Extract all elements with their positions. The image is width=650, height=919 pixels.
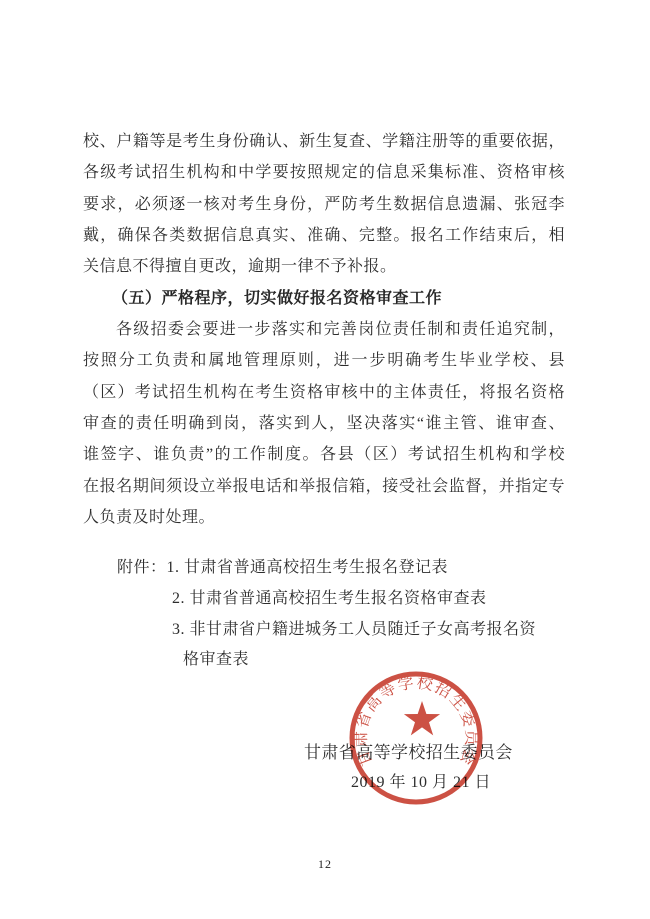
body-line: 要求，必须逐一核对考生身份，严防考生数据信息遗漏、张冠李	[83, 189, 565, 220]
section-heading: （五）严格程序，切实做好报名资格审查工作	[83, 283, 565, 314]
page-number: 12	[0, 857, 650, 872]
body-line: 按照分工负责和属地管理原则，进一步明确考生毕业学校、县	[83, 345, 565, 376]
attachment-list: 附件：1. 甘肃省普通高校招生考生报名登记表 2. 甘肃省普通高校招生考生报名资…	[83, 553, 565, 676]
body-line: （区）考试招生机构在考生资格审核中的主体责任，将报名资格	[83, 377, 565, 408]
document-page: 校、户籍等是考生身份确认、新生复查、学籍注册等的重要依据， 各级考试招生机构和中…	[0, 0, 650, 919]
attachment-line: 2. 甘肃省普通高校招生考生报名资格审查表	[83, 584, 565, 615]
body-line: 校、户籍等是考生身份确认、新生复查、学籍注册等的重要依据，	[83, 126, 565, 157]
body-line: 人负责及时处理。	[83, 502, 565, 533]
attachment-line: 3. 非甘肃省户籍进城务工人员随迁子女高考报名资	[83, 615, 565, 646]
body-line: 关信息不得擅自更改，逾期一律不予补报。	[83, 251, 565, 282]
body-line: 谁签字、谁负责”的工作制度。各县（区）考试招生机构和学校	[83, 439, 565, 470]
signature-date: 2019 年 10 月 21 日	[351, 769, 491, 792]
body-text: 校、户籍等是考生身份确认、新生复查、学籍注册等的重要依据， 各级考试招生机构和中…	[83, 126, 565, 533]
body-line: 戴，确保各类数据信息真实、准确、完整。报名工作结束后，相	[83, 220, 565, 251]
body-line: 各级招委会要进一步落实和完善岗位责任制和责任追究制，	[83, 314, 565, 345]
attachment-line: 格审查表	[83, 645, 565, 676]
body-line: 各级考试招生机构和中学要按照规定的信息采集标准、资格审核	[83, 157, 565, 188]
signature-organization: 甘肃省高等学校招生委员会	[304, 738, 513, 763]
body-line: 审查的责任明确到岗，落实到人，坚决落实“谁主管、谁审查、	[83, 408, 565, 439]
body-line: 在报名期间须设立举报电话和举报信箱，接受社会监督，并指定专	[83, 471, 565, 502]
attachment-line: 附件：1. 甘肃省普通高校招生考生报名登记表	[83, 553, 565, 584]
seal-star-icon	[404, 701, 440, 735]
